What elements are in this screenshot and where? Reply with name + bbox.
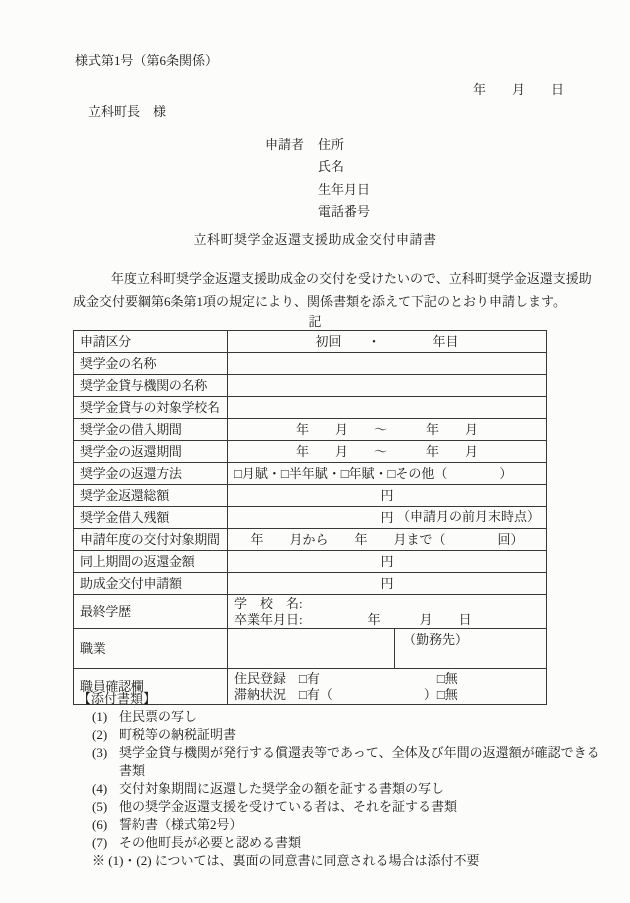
borrow-period-value: 年 月 ～ 年 月 [228, 419, 547, 441]
row-occupation: 職業 （勤務先） [74, 629, 547, 669]
row-repayment-total: 奨学金返還総額 円 [74, 485, 547, 507]
attachment-item-3: (3) 奨学金貸与機関が発行する償還表等であって、全体及び年間の返還額が確認でき… [78, 744, 600, 780]
row-loan-balance: 奨学金借入残額 円 （申請月の前月末時点） [74, 507, 547, 529]
body-line-1: 年度立科町奨学金返還支援助成金の交付を受けたいので、立科町奨学金返還支援助 [73, 267, 555, 290]
applicant-label: 申請者 [265, 134, 304, 156]
document-title: 立科町奨学金返還支援助成金交付申請書 [0, 229, 630, 248]
row-borrow-period: 奨学金の借入期間 年 月 ～ 年 月 [74, 419, 547, 441]
attachment-item-1: (1) 住民票の写し [78, 708, 600, 726]
row-grant-period: 申請年度の交付対象期間 年 月から 年 月まで（ 回） [74, 529, 547, 551]
body-line-2: 成金交付要綱第6条第1項の規定により、関係書類を添えて下記のとおり申請します。 [73, 290, 555, 313]
applicant-address-row: 申請者住所 [265, 134, 370, 156]
label: 奨学金の名称 [74, 353, 228, 375]
occupation-value: （勤務先） [228, 629, 547, 669]
final-education-value: 学 校 名: 卒業年月日: 年 月 日 [228, 595, 547, 629]
applicant-phone-label: 電話番号 [265, 201, 370, 223]
applicant-birthdate-label: 生年月日 [265, 179, 370, 201]
ki-marker: 記 [0, 311, 630, 330]
label: 奨学金の返還期間 [74, 441, 228, 463]
application-form-page: 様式第1号（第6条関係） 年 月 日 立科町長 様 申請者住所 氏名 生年月日 … [0, 0, 630, 903]
label: 最終学歴 [74, 595, 228, 629]
item-text: 交付対象期間に返還した奨学金の額を証する書類の写し [119, 780, 444, 798]
label: 奨学金貸与の対象学校名 [74, 397, 228, 419]
school-name-line: 学 校 名: [234, 596, 540, 612]
loan-balance-value: 円 （申請月の前月末時点） [228, 507, 547, 529]
label: 奨学金の返還方法 [74, 463, 228, 485]
item-number: (2) [92, 726, 119, 744]
attachments-note: ※ (1)・(2) については、裏面の同意書に同意される場合は添付不要 [78, 852, 600, 870]
attachment-item-2: (2) 町税等の納税証明書 [78, 726, 600, 744]
item-text: 住民票の写し [119, 708, 197, 726]
item-number: (5) [92, 798, 119, 816]
row-period-repayment-amount: 同上期間の返還金額 円 [74, 551, 547, 573]
item-text: 誓約書（様式第2号） [119, 816, 243, 834]
label: 奨学金借入残額 [74, 507, 228, 529]
attachments-section: 【添付書類】 (1) 住民票の写し (2) 町税等の納税証明書 (3) 奨学金貸… [78, 690, 600, 870]
row-grant-application-amount: 助成金交付申請額 円 [74, 573, 547, 595]
item-text-line-2: 書類 [119, 762, 600, 780]
label: 助成金交付申請額 [74, 573, 228, 595]
form-number: 様式第1号（第6条関係） [75, 50, 218, 69]
lender-name-value [228, 375, 547, 397]
item-text: 町税等の納税証明書 [119, 726, 236, 744]
item-text: その他町長が必要と認める書類 [119, 834, 301, 852]
applicant-name-label: 氏名 [265, 156, 370, 178]
attachment-item-5: (5) 他の奨学金返還支援を受けている者は、それを証する書類 [78, 798, 600, 816]
workplace-label: （勤務先） [395, 629, 540, 668]
label: 奨学金の借入期間 [74, 419, 228, 441]
label: 同上期間の返還金額 [74, 551, 228, 573]
target-school-value [228, 397, 547, 419]
repayment-method-options: □月賦・□半年賦・□年賦・□その他（ ） [228, 463, 547, 485]
row-application-category: 申請区分 初回 ・ 年目 [74, 331, 547, 353]
row-repayment-method: 奨学金の返還方法 □月賦・□半年賦・□年賦・□その他（ ） [74, 463, 547, 485]
item-number: (4) [92, 780, 119, 798]
item-number: (3) [92, 744, 119, 780]
row-lender-name: 奨学金貸与機関の名称 [74, 375, 547, 397]
applicant-block: 申請者住所 氏名 生年月日 電話番号 [265, 134, 370, 224]
addressee: 立科町長 様 [88, 101, 166, 120]
label: 申請区分 [74, 331, 228, 353]
row-scholarship-name: 奨学金の名称 [74, 353, 547, 375]
grant-application-amount-value: 円 [228, 573, 547, 595]
graduation-date-line: 卒業年月日: 年 月 日 [234, 612, 540, 628]
attachment-item-6: (6) 誓約書（様式第2号） [78, 816, 600, 834]
period-repayment-amount-value: 円 [228, 551, 547, 573]
application-table: 申請区分 初回 ・ 年目 奨学金の名称 奨学金貸与機関の名称 奨学金貸与の対象学… [73, 330, 547, 705]
row-target-school: 奨学金貸与の対象学校名 [74, 397, 547, 419]
yen-unit: 円 [380, 510, 393, 525]
item-text: 奨学金貸与機関が発行する償還表等であって、全体及び年間の返還額が確認できる 書類 [119, 744, 600, 780]
attachments-heading: 【添付書類】 [78, 690, 600, 708]
item-text-line-1: 奨学金貸与機関が発行する償還表等であって、全体及び年間の返還額が確認できる [119, 744, 600, 762]
item-text: 他の奨学金返還支援を受けている者は、それを証する書類 [119, 798, 457, 816]
label: 職業 [74, 629, 228, 669]
repayment-total-value: 円 [228, 485, 547, 507]
resident-registration-line: 住民登録 □有 □無 [234, 671, 540, 687]
body-paragraph: 年度立科町奨学金返還支援助成金の交付を受けたいので、立科町奨学金返還支援助 成金… [73, 267, 555, 313]
date-line: 年 月 日 [473, 79, 564, 98]
repayment-period-value: 年 月 ～ 年 月 [228, 441, 547, 463]
item-number: (6) [92, 816, 119, 834]
label: 申請年度の交付対象期間 [74, 529, 228, 551]
label: 奨学金貸与機関の名称 [74, 375, 228, 397]
label: 奨学金返還総額 [74, 485, 228, 507]
application-category-value: 初回 ・ 年目 [228, 331, 547, 353]
occupation-split: （勤務先） [234, 629, 540, 668]
loan-balance-note: （申請月の前月末時点） [397, 509, 540, 525]
applicant-address-label: 住所 [318, 137, 344, 152]
grant-period-value: 年 月から 年 月まで（ 回） [228, 529, 547, 551]
attachment-item-7: (7) その他町長が必要と認める書類 [78, 834, 600, 852]
item-number: (7) [92, 834, 119, 852]
attachment-item-4: (4) 交付対象期間に返還した奨学金の額を証する書類の写し [78, 780, 600, 798]
occupation-field [234, 629, 395, 668]
scholarship-name-value [228, 353, 547, 375]
item-number: (1) [92, 708, 119, 726]
row-repayment-period: 奨学金の返還期間 年 月 ～ 年 月 [74, 441, 547, 463]
row-final-education: 最終学歴 学 校 名: 卒業年月日: 年 月 日 [74, 595, 547, 629]
